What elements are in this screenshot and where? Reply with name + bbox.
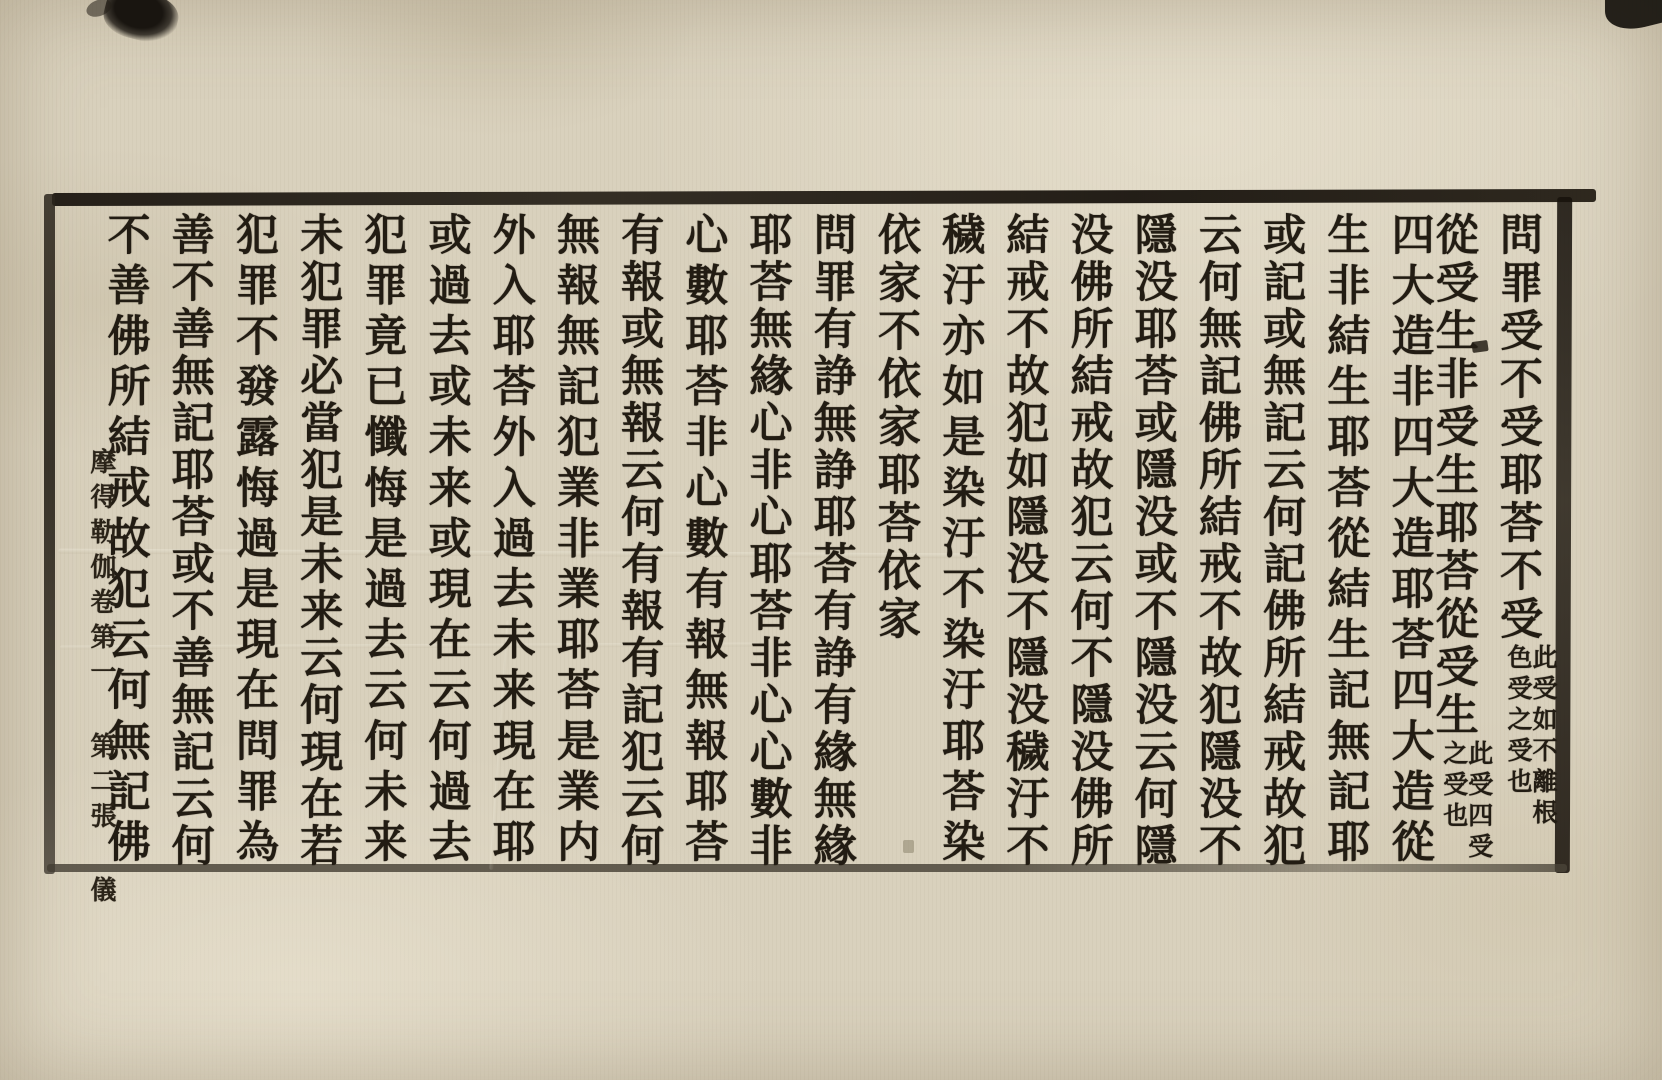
column-text: 未犯罪必當犯是未来云何現在若 (293, 212, 343, 870)
text-column: 云何無記佛所結戒不故犯隱没不 (1191, 212, 1241, 870)
text-column: 隱没耶荅或隱没或不隱没云何隱 (1127, 212, 1177, 870)
column-text: 依家不依家耶荅依家 (871, 212, 921, 644)
column-text: 善不善無記耶荅或不善無記云何 (165, 212, 215, 870)
column-text: 或過去或未来或現在云何過去 (422, 212, 472, 870)
column-text: 没佛所結戒故犯云何不隱没佛所 (1064, 212, 1114, 870)
column-text: 外入耶荅外入過去未来現在耶 (486, 212, 536, 870)
column-text: 問罪受不受耶荅不受 (1493, 212, 1543, 644)
column-text: 隱没耶荅或隱没或不隱没云何隱 (1128, 212, 1178, 870)
text-column: 從受生非受生耶荅從受生此受四受之受也 (1448, 212, 1498, 870)
text-column: 生非結生耶荅從結生記無記耶 (1319, 212, 1369, 870)
text-column: 有報或無報云何有報有記犯云何 (613, 212, 663, 870)
column-text: 耶荅無緣心非心耶荅非心心數非 (743, 212, 793, 870)
text-column: 問罪受不受耶荅不受此受如不離根色受之受也 (1512, 212, 1562, 870)
column-text: 云何無記佛所結戒不故犯隱没不 (1192, 212, 1242, 870)
text-column: 依家不依家耶荅依家 (870, 212, 920, 870)
ink-smudge-top-left (99, 0, 182, 48)
column-text: 結戒不故犯如隱没不隱没穢汙不 (999, 212, 1049, 870)
text-column: 善不善無記耶荅或不善無記云何 (164, 212, 214, 870)
text-column: 犯罪竟已懺悔是過去云何未来 (356, 212, 406, 870)
text-column: 没佛所結戒故犯云何不隱没佛所 (1063, 212, 1113, 870)
column-text: 犯罪竟已懺悔是過去云何未来 (357, 212, 407, 870)
text-column: 心數耶荅非心數有報無報耶荅 (677, 212, 727, 870)
woodblock-page: 問罪受不受耶荅不受此受如不離根色受之受也從受生非受生耶荅從受生此受四受之受也四大… (0, 0, 1662, 1080)
column-text: 或記或無記云何記佛所結戒故犯 (1256, 212, 1306, 870)
interlinear-annotation: 此受如不離根色受之受也 (1506, 644, 1556, 830)
annotation-right-line: 此受四受 (1467, 740, 1492, 864)
colophon: 摩得勒伽卷第一 第二張 儀 (80, 448, 114, 878)
text-column: 四大造非四大造耶荅四大造從 (1384, 212, 1434, 870)
column-text: 無報無記犯業非業耶荅是業内 (550, 212, 600, 870)
column-text: 生非結生耶荅從結生記無記耶 (1320, 212, 1370, 870)
interlinear-annotation: 此受四受之受也 (1442, 740, 1492, 864)
text-column: 未犯罪必當犯是未来云何現在若 (292, 212, 342, 870)
text-column: 或記或無記云何記佛所結戒故犯 (1255, 212, 1305, 870)
annotation-right-line: 此受如不離根 (1531, 644, 1556, 830)
text-column: 結戒不故犯如隱没不隱没穢汙不 (998, 212, 1048, 870)
text-column: 或過去或未来或現在云何過去 (421, 212, 471, 870)
text-column: 穢汙亦如是染汙不染汙耶荅染 (934, 212, 984, 870)
column-text: 心數耶荅非心數有報無報耶荅 (678, 212, 728, 870)
annotation-left-line: 色受之受也 (1506, 644, 1531, 830)
text-column: 無報無記犯業非業耶荅是業内 (549, 212, 599, 870)
text-column: 問罪有諍無諍耶荅有諍有緣無緣 (806, 212, 856, 870)
text-column: 犯罪不發露悔過是現在問罪為 (228, 212, 278, 870)
column-text: 問罪有諍無諍耶荅有諍有緣無緣 (807, 212, 857, 870)
text-column: 耶荅無緣心非心耶荅非心心數非 (742, 212, 792, 870)
column-text: 四大造非四大造耶荅四大造從 (1385, 212, 1435, 870)
column-text: 從受生非受生耶荅從受生 (1429, 212, 1479, 740)
annotation-left-line: 之受也 (1442, 740, 1467, 864)
column-text: 穢汙亦如是染汙不染汙耶荅染 (935, 212, 985, 870)
column-text: 犯罪不發露悔過是現在問罪為 (229, 212, 279, 870)
frame-top-border (52, 189, 1596, 206)
column-text: 有報或無報云何有報有記犯云何 (614, 212, 664, 870)
frame-left-border (44, 194, 55, 874)
text-column: 外入耶荅外入過去未来現在耶 (485, 212, 535, 870)
ink-smudge-top-right (1605, 0, 1662, 37)
